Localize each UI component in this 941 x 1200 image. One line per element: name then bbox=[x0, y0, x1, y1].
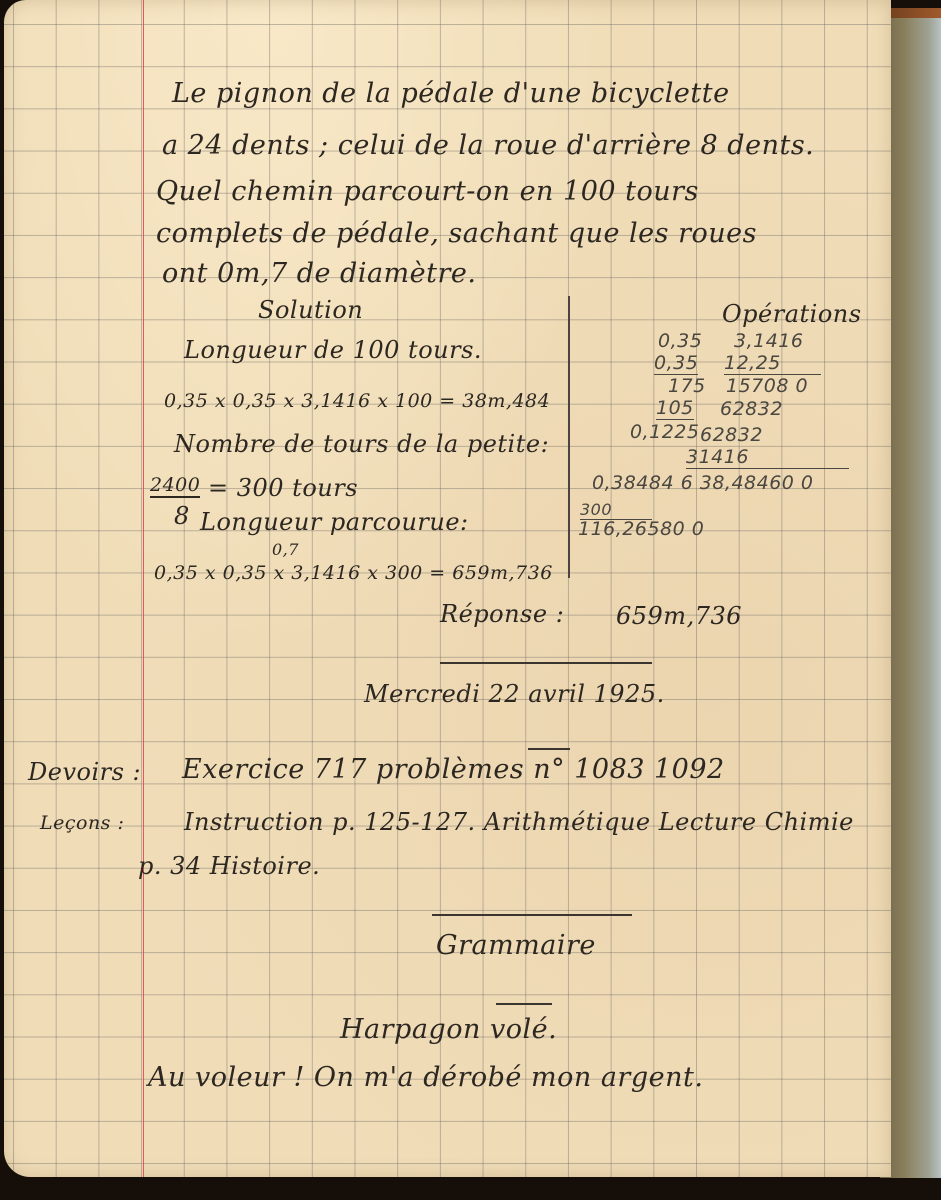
op-left-3: 175 bbox=[668, 375, 706, 397]
devoirs-label: Devoirs : bbox=[28, 758, 141, 786]
grammar-top-rule bbox=[432, 914, 632, 916]
red-margin-line bbox=[143, 0, 144, 1177]
step1-title: Longueur de 100 tours. bbox=[184, 336, 482, 364]
op-right-1: 3,1416 bbox=[734, 330, 803, 352]
op-left-4: 105 bbox=[656, 397, 694, 420]
op-right-2: 12,25 bbox=[724, 352, 821, 375]
step3-annotation: 0,7 bbox=[272, 540, 299, 559]
operations-heading: Opérations bbox=[722, 300, 862, 328]
grammar-first-line: Au voleur ! On m'a dérobé mon argent. bbox=[148, 1062, 703, 1093]
lecons-label: Leçons : bbox=[40, 812, 124, 834]
grammar-bottom-rule bbox=[496, 1003, 552, 1005]
op-left-2: 0,35 bbox=[654, 352, 698, 375]
answer-label: Réponse : bbox=[440, 600, 564, 628]
problem-line-5: ont 0m,7 de diamètre. bbox=[162, 258, 476, 289]
grammar-subtitle: Harpagon volé. bbox=[340, 1014, 557, 1045]
step2-numerator: 2400 bbox=[150, 474, 200, 498]
op-product: 0,38484 6 38,48460 0 bbox=[592, 472, 814, 494]
op-left-5: 0,1225 bbox=[630, 421, 699, 443]
date-heading: Mercredi 22 avril 1925. bbox=[364, 680, 665, 708]
step2-result: = 300 tours bbox=[208, 474, 358, 502]
op-multiplier: 300 bbox=[580, 500, 652, 520]
lecons-text: Instruction p. 125-127. Arithmétique Lec… bbox=[184, 808, 854, 836]
notebook-page: Le pignon de la pédale d'une bicyclette … bbox=[4, 0, 891, 1177]
op-result: 116,26580 0 bbox=[578, 518, 704, 540]
problem-line-3: Quel chemin parcourt-on en 100 tours bbox=[156, 176, 699, 207]
step2-denominator: 8 bbox=[174, 502, 190, 530]
date-top-rule bbox=[440, 662, 652, 664]
step3-title: Longueur parcourue: bbox=[200, 508, 469, 536]
op-right-5: 62832 bbox=[700, 424, 763, 446]
step1-calc: 0,35 x 0,35 x 3,1416 x 100 = 38m,484 bbox=[164, 390, 550, 412]
step2-title: Nombre de tours de la petite: bbox=[174, 430, 549, 458]
op-right-3: 15708 0 bbox=[726, 375, 808, 397]
grammar-heading: Grammaire bbox=[436, 930, 596, 961]
problem-line-2: a 24 dents ; celui de la roue d'arrière … bbox=[162, 130, 814, 161]
problem-line-4: complets de pédale, sachant que les roue… bbox=[156, 218, 757, 249]
step3-calc: 0,35 x 0,35 x 3,1416 x 300 = 659m,736 bbox=[154, 562, 553, 584]
op-right-6: 31416 bbox=[686, 446, 849, 469]
column-divider bbox=[568, 296, 570, 578]
op-right-4: 62832 bbox=[720, 398, 783, 420]
date-bottom-rule bbox=[528, 748, 570, 750]
problem-line-1: Le pignon de la pédale d'une bicyclette bbox=[172, 78, 730, 109]
lecons-text-2: p. 34 Histoire. bbox=[138, 852, 320, 880]
op-left-1: 0,35 bbox=[658, 330, 702, 352]
solution-heading: Solution bbox=[258, 296, 363, 324]
answer-value: 659m,736 bbox=[616, 602, 742, 630]
devoirs-text: Exercice 717 problèmes n° 1083 1092 bbox=[182, 754, 725, 785]
